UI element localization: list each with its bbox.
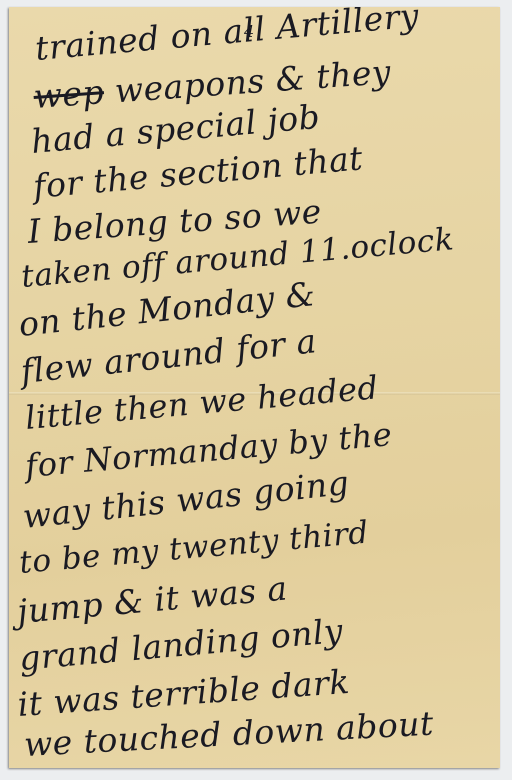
struck-word: wep xyxy=(32,72,105,116)
letter-page: 4 trained on all Artillery wep weapons &… xyxy=(9,7,500,768)
